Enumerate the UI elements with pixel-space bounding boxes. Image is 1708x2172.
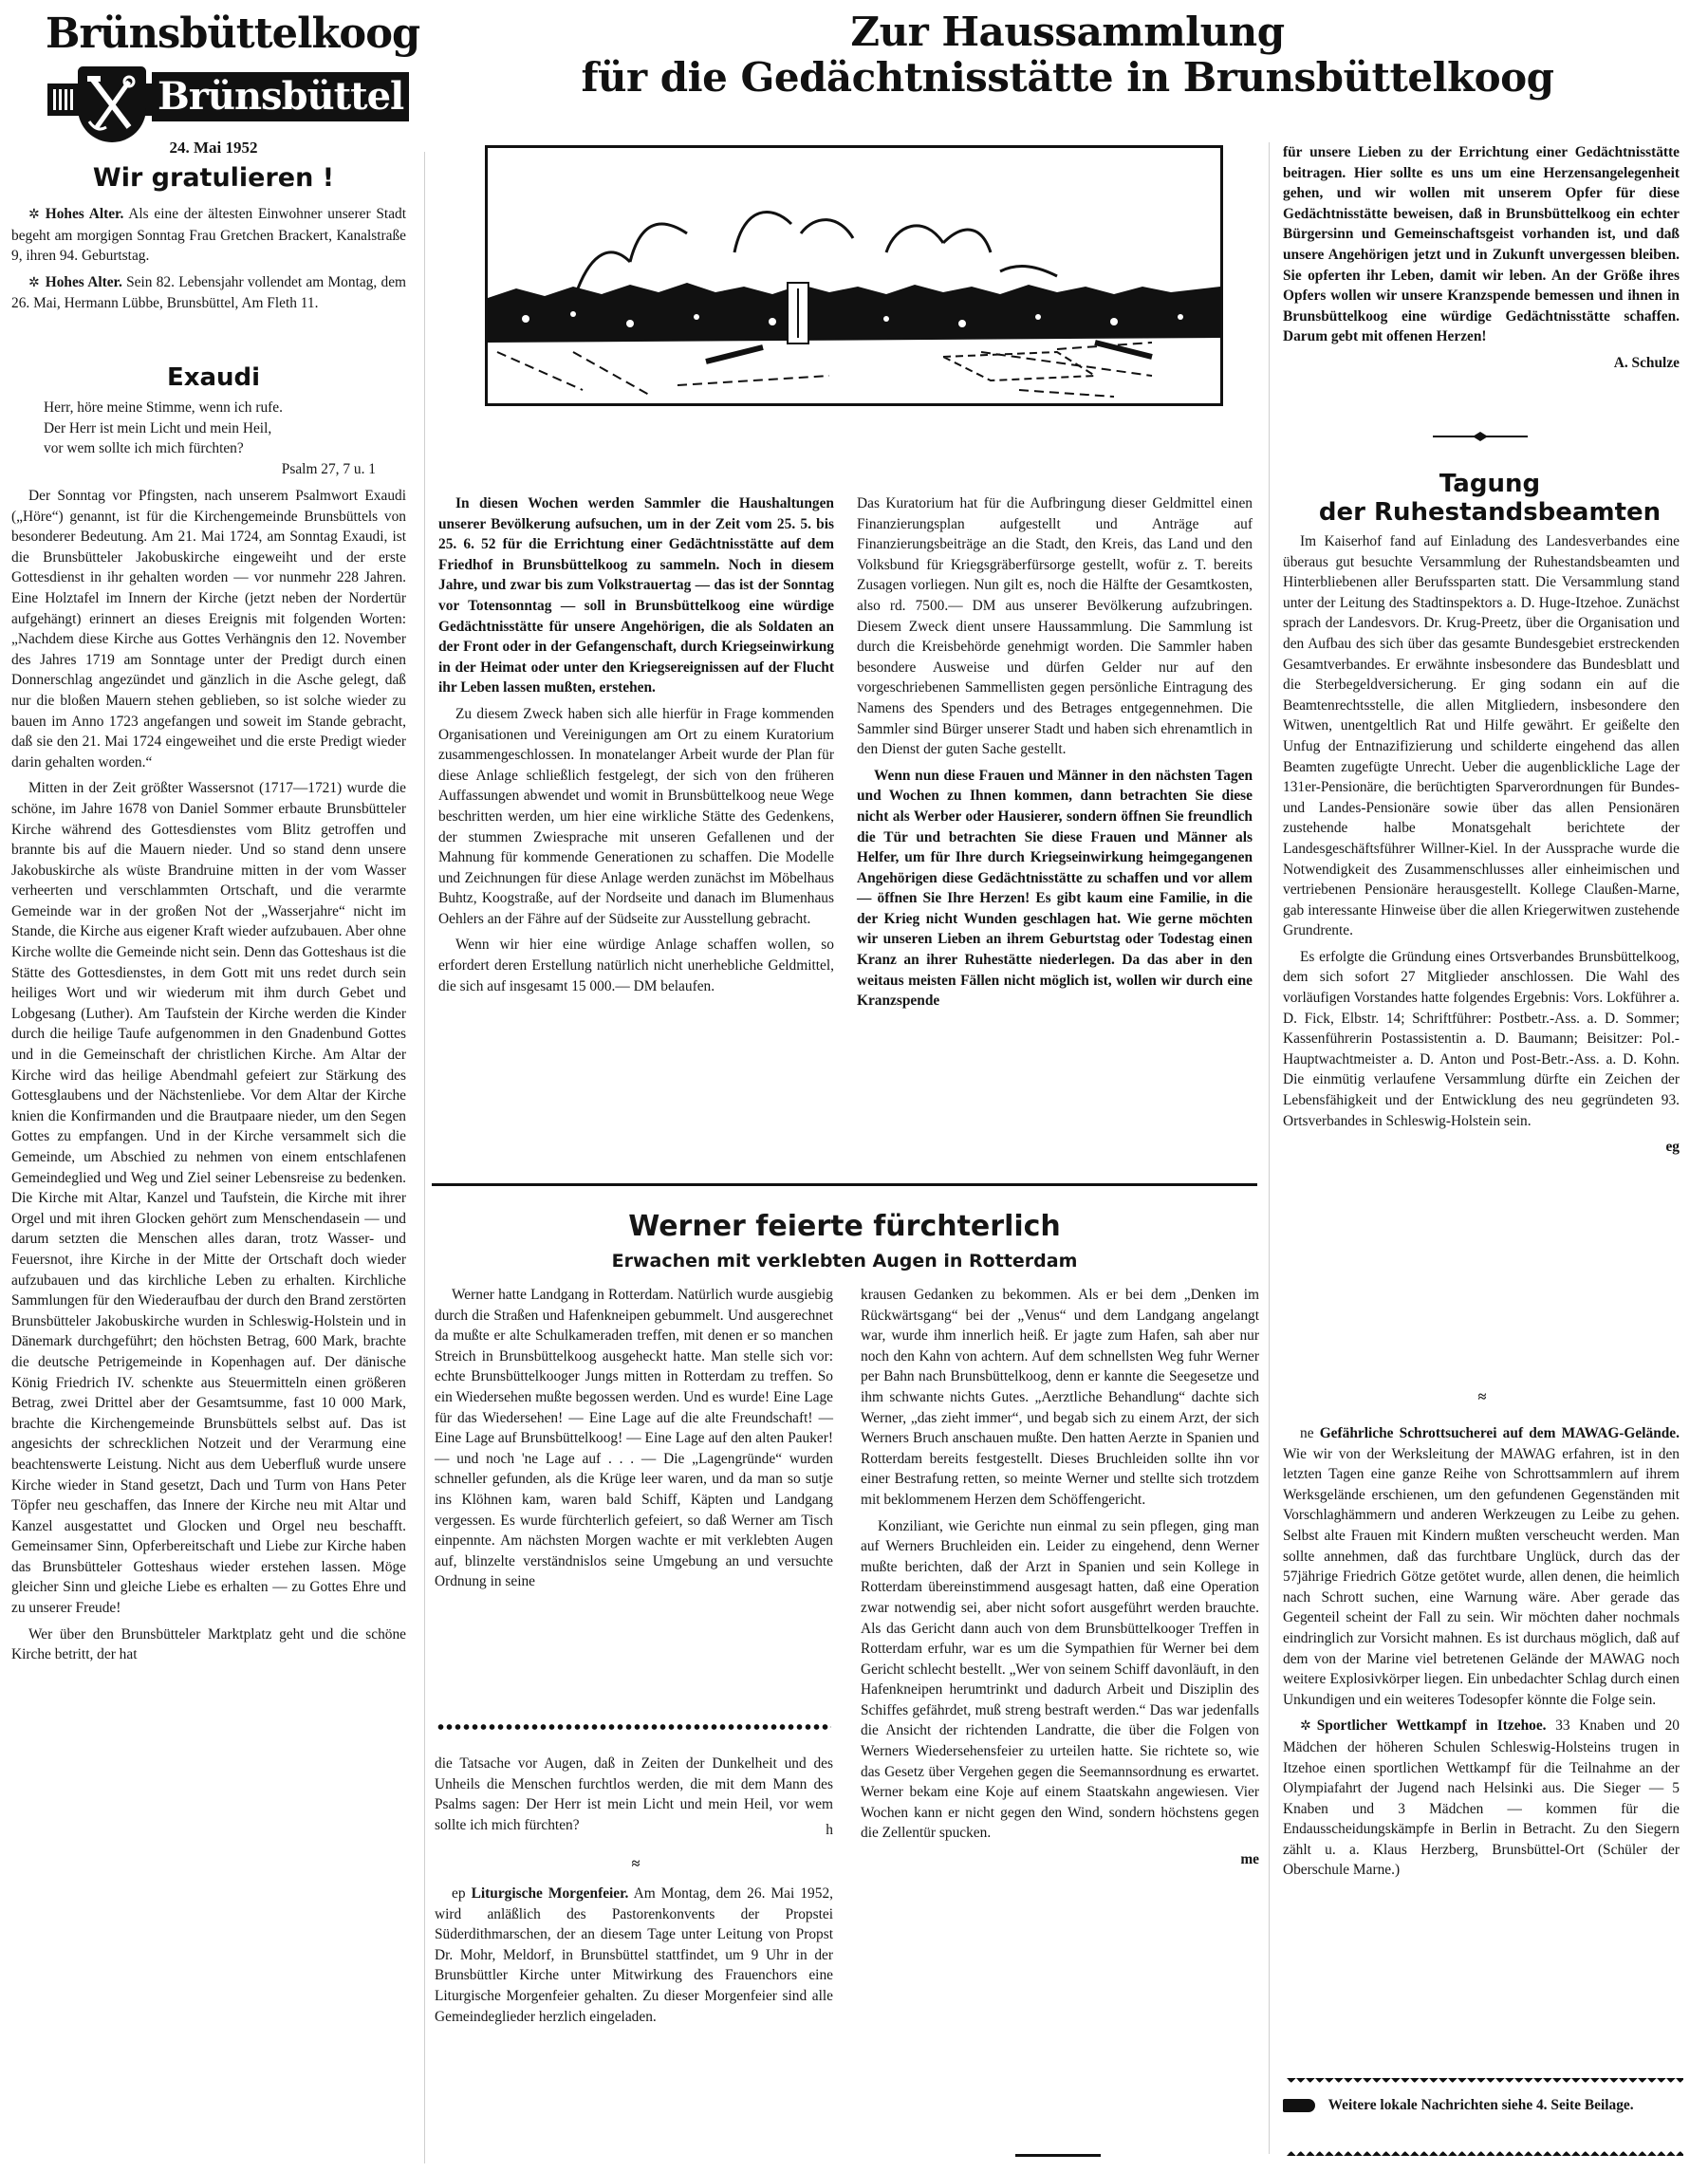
star-icon: ✲ (1300, 1719, 1311, 1734)
author-signature: me (861, 1849, 1259, 1870)
zigzag-rule (1287, 2078, 1683, 2088)
haussammlung-col3: für unsere Lieben zu der Errichtung eine… (1283, 142, 1680, 380)
werner-headline: Werner feierte fürchterlich (427, 1210, 1262, 1243)
werner-subheadline: Erwachen mit verklebten Augen in Rotterd… (427, 1251, 1262, 1272)
werner-col1: Werner hatte Landgang in Rotterdam. Natü… (435, 1285, 833, 1598)
end-rule (1015, 2154, 1101, 2157)
masthead: Brünsbüttelkoog Brünsbüttel (38, 9, 380, 138)
gratulieren-section: ✲Hohes Alter. Als eine der ältesten Einw… (11, 204, 406, 320)
zigzag-rule (1287, 2146, 1683, 2156)
section-rule (432, 1183, 1257, 1186)
column-divider (1269, 142, 1270, 2154)
exaudi-article: Der Sonntag vor Pfingsten, nach unserem … (11, 486, 406, 1671)
wave-separator: ≈ (1468, 1393, 1496, 1402)
more-news-notice: Weitere lokale Nachrichten siehe 4. Seit… (1283, 2095, 1680, 2116)
dateline: 24. Mai 1952 (0, 139, 427, 158)
gratulieren-item: ✲Hohes Alter. Als eine der ältesten Einw… (11, 204, 406, 267)
masthead-subtitle: Brünsbüttel (152, 72, 409, 121)
pointing-hand-icon (1283, 2099, 1315, 2112)
gratulieren-item: ✲Hohes Alter. Sein 82. Lebensjahr vollen… (11, 272, 406, 314)
shield-anchor-icon (78, 66, 146, 142)
schrott-article: ne Gefährliche Schrottsucherei auf dem M… (1283, 1423, 1680, 1886)
psalm-verse: Herr, höre meine Stimme, wenn ich rufe. … (44, 398, 414, 479)
werner-col2: krausen Gedanken zu bekommen. Als er bei… (861, 1285, 1259, 1876)
tagung-article: Im Kaiserhof fand auf Einladung des Land… (1283, 531, 1680, 1163)
gratulieren-heading: Wir gratulieren ! (0, 163, 427, 193)
memorial-site-drawing (485, 145, 1223, 406)
author-signature: A. Schulze (1283, 353, 1680, 374)
column-divider (424, 152, 425, 2163)
author-signature: eg (1283, 1137, 1680, 1158)
haussammlung-col2: Das Kuratorium hat für die Aufbringung d… (857, 493, 1253, 1017)
masthead-title: Brünsbüttelkoog (46, 9, 419, 58)
exaudi-heading: Exaudi (0, 363, 427, 392)
psalm-reference: Psalm 27, 7 u. 1 (44, 459, 414, 480)
morgenfeier-article: ep Liturgische Morgenfeier. Am Montag, d… (435, 1884, 833, 2033)
tagung-heading: Tagung der Ruhestandsbeamten (1272, 470, 1708, 527)
ornament-divider (1433, 431, 1528, 442)
haussammlung-col1: In diesen Wochen werden Sammler die Haus… (438, 493, 834, 1002)
star-icon: ✲ (28, 208, 40, 222)
author-prefix: ep (452, 1885, 466, 1902)
star-icon: ✲ (28, 276, 40, 290)
main-headline: Zur Haussammlung für die Gedächtnisstätt… (427, 9, 1708, 101)
wave-separator: ≈ (622, 1860, 650, 1869)
exaudi-continuation: die Tatsache vor Augen, daß in Zeiten de… (435, 1754, 833, 1847)
author-prefix: ne (1300, 1425, 1314, 1441)
dotted-rule (436, 1723, 831, 1731)
